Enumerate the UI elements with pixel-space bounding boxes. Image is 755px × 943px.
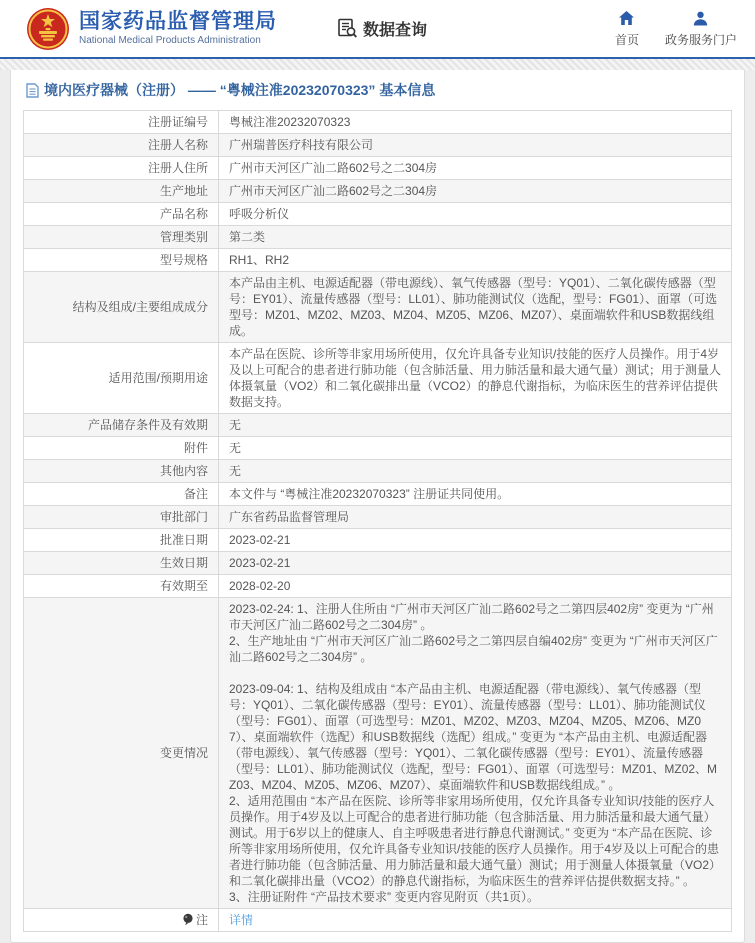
row-label-text: 生产地址 bbox=[160, 184, 208, 198]
row-label-text: 适用范围/预期用途 bbox=[109, 371, 208, 385]
row-label: 结构及组成/主要组成成分 bbox=[24, 272, 219, 343]
row-label-text: 产品储存条件及有效期 bbox=[88, 418, 208, 432]
table-row: 有效期至2028-02-20 bbox=[24, 575, 732, 598]
data-query-label: 数据查询 bbox=[363, 17, 427, 40]
nav-portal-label: 政务服务门户 bbox=[665, 31, 737, 48]
breadcrumb: 境内医疗器械（注册） —— “粤械注准20232070323” 基本信息 bbox=[11, 70, 744, 107]
site-header: 国家药品监督管理局 National Medical Products Admi… bbox=[0, 0, 755, 57]
row-label: 备注 bbox=[24, 483, 219, 506]
breadcrumb-text: 境内医疗器械（注册） —— “粤械注准20232070323” 基本信息 bbox=[44, 80, 435, 100]
table-row: 其他内容无 bbox=[24, 460, 732, 483]
table-row: 附件无 bbox=[24, 437, 732, 460]
row-value: 呼吸分析仪 bbox=[219, 203, 732, 226]
row-value: 2028-02-20 bbox=[219, 575, 732, 598]
header-nav: 首页 政务服务门户 bbox=[615, 10, 737, 48]
row-label-text: 注册人名称 bbox=[148, 138, 208, 152]
row-value: 广东省药品监督管理局 bbox=[219, 506, 732, 529]
nav-portal[interactable]: 政务服务门户 bbox=[665, 10, 737, 48]
table-row: 适用范围/预期用途本产品在医院、诊所等非家用场所使用，仅允许具备专业知识/技能的… bbox=[24, 343, 732, 414]
row-value: 第二类 bbox=[219, 226, 732, 249]
row-label-text: 批准日期 bbox=[160, 533, 208, 547]
row-label-text: 审批部门 bbox=[160, 510, 208, 524]
brand-logo: 国家药品监督管理局 National Medical Products Admi… bbox=[26, 7, 277, 51]
row-value: 广州市天河区广汕二路602号之二304房 bbox=[219, 157, 732, 180]
content-card: 境内医疗器械（注册） —— “粤械注准20232070323” 基本信息 注册证… bbox=[10, 70, 745, 943]
org-title-cn: 国家药品监督管理局 bbox=[79, 10, 277, 34]
row-value: 本文件与 “粤械注准20232070323” 注册证共同使用。 bbox=[219, 483, 732, 506]
row-label: 管理类别 bbox=[24, 226, 219, 249]
row-label: 生产地址 bbox=[24, 180, 219, 203]
row-value: 2023-02-24: 1、注册人住所由 “广州市天河区广汕二路602号之二第四… bbox=[219, 598, 732, 909]
row-value: 本产品由主机、电源适配器（带电源线）、氧气传感器（型号：YQ01）、二氧化碳传感… bbox=[219, 272, 732, 343]
table-row: 产品名称呼吸分析仪 bbox=[24, 203, 732, 226]
row-label-text: 附件 bbox=[184, 441, 208, 455]
row-label: 注册人住所 bbox=[24, 157, 219, 180]
row-value: 详情 bbox=[219, 909, 732, 932]
table-row: 注详情 bbox=[24, 909, 732, 932]
row-label: 注册人名称 bbox=[24, 134, 219, 157]
table-row: 变更情况2023-02-24: 1、注册人住所由 “广州市天河区广汕二路602号… bbox=[24, 598, 732, 909]
row-label: 产品名称 bbox=[24, 203, 219, 226]
row-value: 无 bbox=[219, 414, 732, 437]
row-value: 2023-02-21 bbox=[219, 529, 732, 552]
row-value: 粤械注准20232070323 bbox=[219, 111, 732, 134]
row-label-text: 变更情况 bbox=[160, 746, 208, 760]
row-label: 型号规格 bbox=[24, 249, 219, 272]
row-label: 审批部门 bbox=[24, 506, 219, 529]
table-row: 备注本文件与 “粤械注准20232070323” 注册证共同使用。 bbox=[24, 483, 732, 506]
note-balloon-icon bbox=[182, 913, 194, 926]
info-table-body: 注册证编号粤械注准20232070323注册人名称广州瑞普医疗科技有限公司注册人… bbox=[24, 111, 732, 932]
row-label: 变更情况 bbox=[24, 598, 219, 909]
table-row: 注册人名称广州瑞普医疗科技有限公司 bbox=[24, 134, 732, 157]
row-label: 生效日期 bbox=[24, 552, 219, 575]
table-row: 产品储存条件及有效期无 bbox=[24, 414, 732, 437]
row-value: 无 bbox=[219, 460, 732, 483]
national-emblem-icon bbox=[26, 7, 70, 51]
table-row: 结构及组成/主要组成成分本产品由主机、电源适配器（带电源线）、氧气传感器（型号：… bbox=[24, 272, 732, 343]
table-row: 注册证编号粤械注准20232070323 bbox=[24, 111, 732, 134]
row-label-text: 注 bbox=[196, 913, 208, 927]
page-icon bbox=[26, 83, 39, 98]
row-label-text: 产品名称 bbox=[160, 207, 208, 221]
row-label: 适用范围/预期用途 bbox=[24, 343, 219, 414]
table-row: 管理类别第二类 bbox=[24, 226, 732, 249]
row-label-text: 有效期至 bbox=[160, 579, 208, 593]
row-label-text: 注册证编号 bbox=[148, 115, 208, 129]
row-label: 其他内容 bbox=[24, 460, 219, 483]
row-value: 本产品在医院、诊所等非家用场所使用，仅允许具备专业知识/技能的医疗人员操作。用于… bbox=[219, 343, 732, 414]
row-label: 有效期至 bbox=[24, 575, 219, 598]
registration-info-table: 注册证编号粤械注准20232070323注册人名称广州瑞普医疗科技有限公司注册人… bbox=[23, 110, 732, 932]
row-value: 无 bbox=[219, 437, 732, 460]
home-icon bbox=[618, 10, 635, 27]
row-label: 附件 bbox=[24, 437, 219, 460]
table-row: 生产地址广州市天河区广汕二路602号之二304房 bbox=[24, 180, 732, 203]
org-title-en: National Medical Products Administration bbox=[79, 34, 277, 47]
data-query-button[interactable]: 数据查询 bbox=[337, 17, 427, 40]
row-value: 广州瑞普医疗科技有限公司 bbox=[219, 134, 732, 157]
table-row: 生效日期2023-02-21 bbox=[24, 552, 732, 575]
row-label-text: 生效日期 bbox=[160, 556, 208, 570]
document-search-icon bbox=[337, 18, 358, 39]
hatch-divider bbox=[0, 59, 755, 70]
row-label-text: 其他内容 bbox=[160, 464, 208, 478]
table-row: 型号规格RH1、RH2 bbox=[24, 249, 732, 272]
row-label-text: 管理类别 bbox=[160, 230, 208, 244]
row-label-text: 注册人住所 bbox=[148, 161, 208, 175]
table-row: 审批部门广东省药品监督管理局 bbox=[24, 506, 732, 529]
row-value: 2023-02-21 bbox=[219, 552, 732, 575]
table-row: 注册人住所广州市天河区广汕二路602号之二304房 bbox=[24, 157, 732, 180]
row-value: 广州市天河区广汕二路602号之二304房 bbox=[219, 180, 732, 203]
row-label: 批准日期 bbox=[24, 529, 219, 552]
row-label-text: 型号规格 bbox=[160, 253, 208, 267]
row-label: 注 bbox=[24, 909, 219, 932]
user-icon bbox=[692, 10, 709, 27]
row-label: 产品储存条件及有效期 bbox=[24, 414, 219, 437]
table-row: 批准日期2023-02-21 bbox=[24, 529, 732, 552]
row-value: RH1、RH2 bbox=[219, 249, 732, 272]
nav-home[interactable]: 首页 bbox=[615, 10, 639, 48]
nav-home-label: 首页 bbox=[615, 31, 639, 48]
detail-link[interactable]: 详情 bbox=[229, 913, 253, 927]
row-label: 注册证编号 bbox=[24, 111, 219, 134]
row-label-text: 结构及组成/主要组成成分 bbox=[73, 300, 208, 314]
row-label-text: 备注 bbox=[184, 487, 208, 501]
